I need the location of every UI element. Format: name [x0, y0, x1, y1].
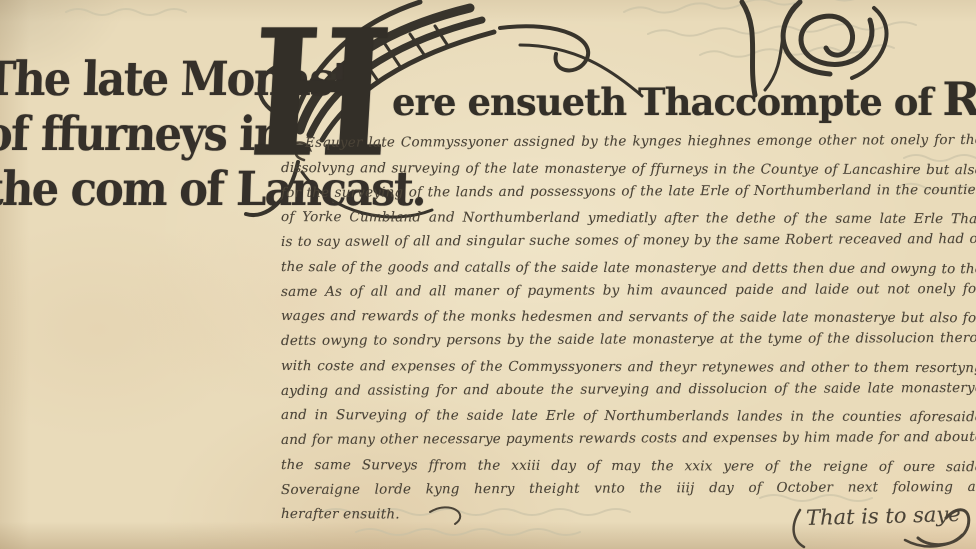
closing-phrase: That is to saye [806, 502, 961, 530]
manuscript-line: Soveraigne lorde kyng henry theight vnto… [281, 474, 976, 502]
top-right-spiral-flourish [783, 2, 886, 78]
manuscript-line: and for many other necessarye payments r… [281, 425, 976, 453]
heading-name: Robert Southwell [942, 72, 976, 126]
heading-text: ere ensueth Thaccompte of [392, 80, 932, 124]
manuscript-line: Esquyer late Commyssyoner assigned by th… [281, 128, 976, 156]
body-text: Esquyer late Commyssyoner assigned by th… [281, 131, 976, 527]
manuscript-line: for the surveying of the lands and posse… [281, 177, 976, 205]
manuscript-line: ayding and assisting for and aboute the … [281, 375, 976, 403]
main-heading: ere ensueth Thaccompte of Robert Southwe… [392, 72, 976, 126]
manuscript-line: is to say aswell of all and singular suc… [281, 227, 976, 255]
manuscript-page: The late Monast: of ffurneys in the com … [0, 0, 976, 549]
manuscript-line: detts owyng to sondry persons by the sai… [281, 326, 976, 354]
manuscript-line: same As of all and all maner of payments… [281, 276, 976, 304]
